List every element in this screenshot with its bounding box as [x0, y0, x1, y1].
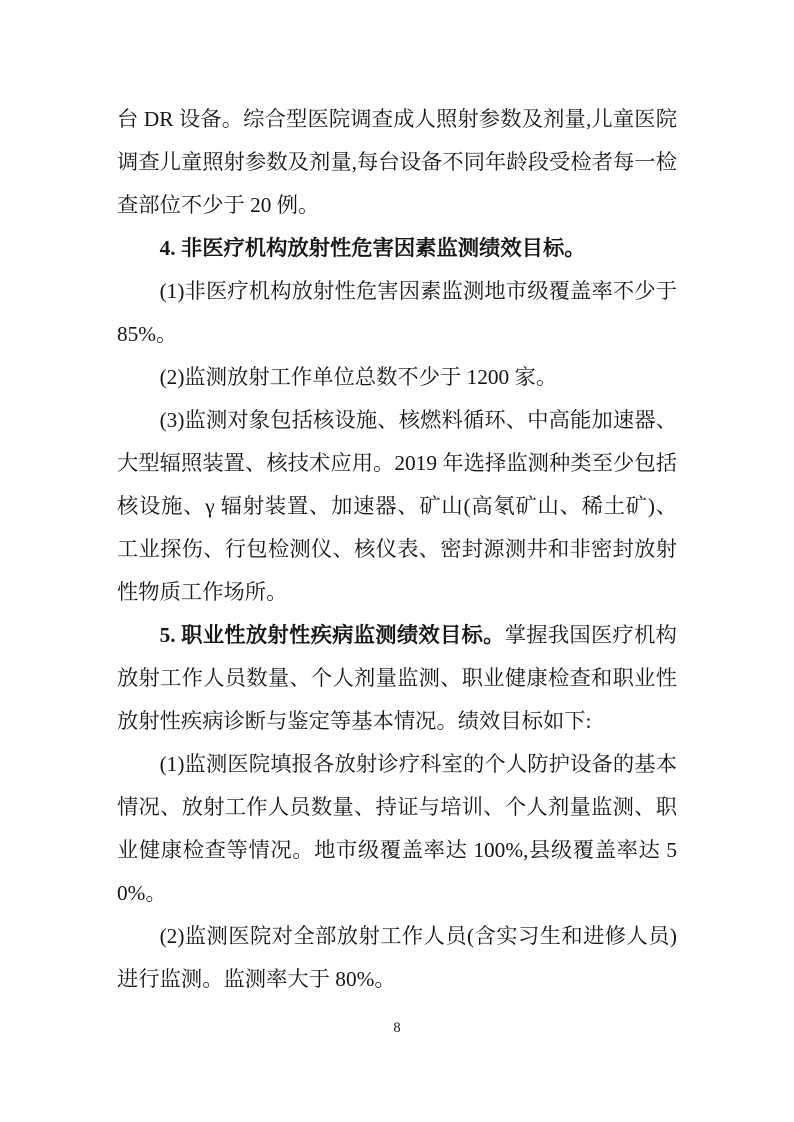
paragraph-4-item-1-coverage: (1)非医疗机构放射性危害因素监测地市级覆盖率不少于 85%。	[117, 270, 677, 356]
document-page: 台 DR 设备。综合型医院调查成人照射参数及剂量,儿童医院调查儿童照射参数及剂量…	[0, 0, 794, 1122]
section-heading-5-bold-lead: 5. 职业性放射性疾病监测绩效目标。	[160, 623, 505, 647]
paragraph-5-item-2-staff-monitoring: (2)监测医院对全部放射工作人员(含实习生和进修人员)进行监测。监测率大于 80…	[117, 915, 677, 1001]
section-heading-4-non-medical-monitoring: 4. 非医疗机构放射性危害因素监测绩效目标。	[117, 227, 677, 270]
paragraph-4-item-3-monitoring-targets: (3)监测对象包括核设施、核燃料循环、中高能加速器、大型辐照装置、核技术应用。2…	[117, 399, 677, 614]
section-heading-5-occupational-disease-monitoring: 5. 职业性放射性疾病监测绩效目标。掌握我国医疗机构放射工作人员数量、个人剂量监…	[117, 614, 677, 743]
page-number: 8	[0, 1018, 794, 1038]
paragraph-4-item-2-units: (2)监测放射工作单位总数不少于 1200 家。	[117, 356, 677, 399]
paragraph-dr-equipment-continuation: 台 DR 设备。综合型医院调查成人照射参数及剂量,儿童医院调查儿童照射参数及剂量…	[117, 98, 677, 227]
document-body: 台 DR 设备。综合型医院调查成人照射参数及剂量,儿童医院调查儿童照射参数及剂量…	[117, 98, 677, 1001]
paragraph-5-item-1-hospital-reporting: (1)监测医院填报各放射诊疗科室的个人防护设备的基本情况、放射工作人员数量、持证…	[117, 743, 677, 915]
